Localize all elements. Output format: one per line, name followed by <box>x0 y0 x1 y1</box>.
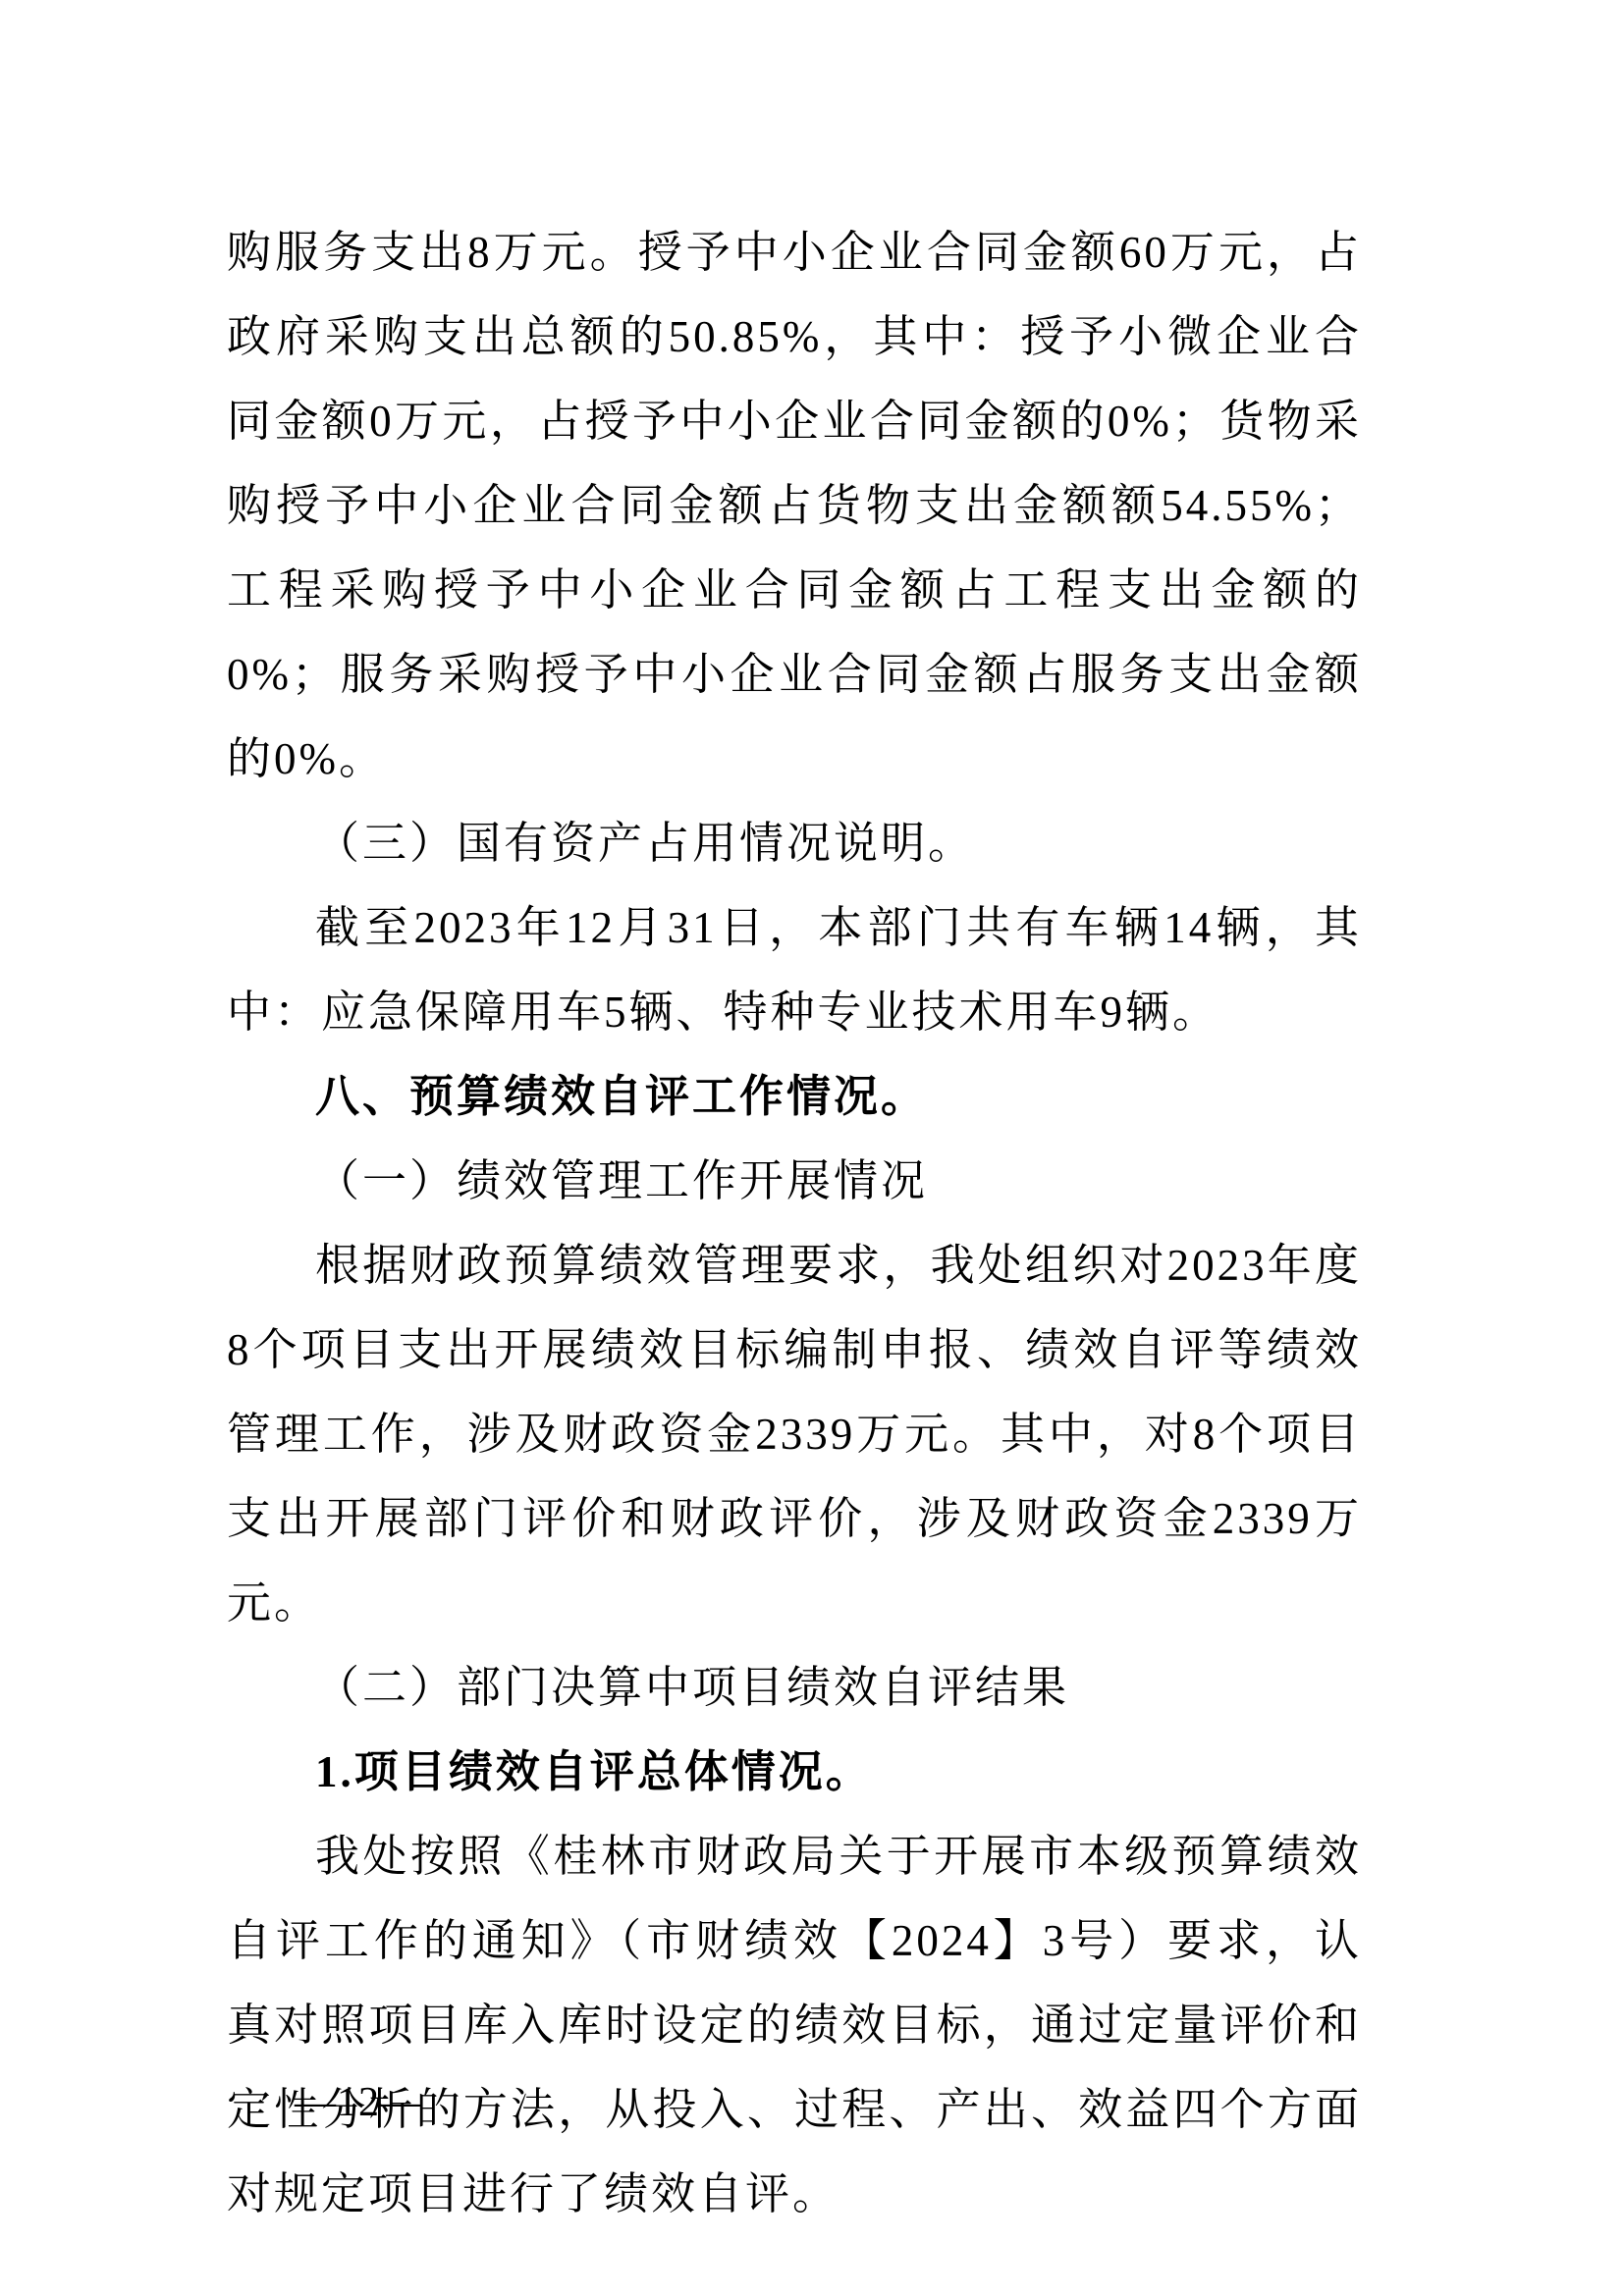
paragraph-govt-procurement-continued: 购服务支出8万元。授予中小企业合同金额60万元，占政府采购支出总额的50.85%… <box>227 210 1362 801</box>
heading-section-viii-budget-performance: 八、预算绩效自评工作情况。 <box>227 1054 1362 1139</box>
heading-project-self-eval-overall: 1.项目绩效自评总体情况。 <box>227 1730 1362 1814</box>
document-body: 购服务支出8万元。授予中小企业合同金额60万元，占政府采购支出总额的50.85%… <box>227 210 1362 2236</box>
heading-state-assets-usage: （三）国有资产占用情况说明。 <box>227 801 1362 885</box>
document-page: 购服务支出8万元。授予中小企业合同金额60万元，占政府采购支出总额的50.85%… <box>0 0 1624 2296</box>
paragraph-state-assets-vehicles: 截至2023年12月31日，本部门共有车辆14辆，其中：应急保障用车5辆、特种专… <box>227 885 1362 1054</box>
heading-performance-management-work: （一）绩效管理工作开展情况 <box>227 1139 1362 1223</box>
paragraph-performance-management-overview: 根据财政预算绩效管理要求，我处组织对2023年度8个项目支出开展绩效目标编制申报… <box>227 1223 1362 1645</box>
paragraph-self-eval-method: 我处按照《桂林市财政局关于开展市本级预算绩效自评工作的通知》（市财绩效【2024… <box>227 1814 1362 2236</box>
heading-dept-final-accounts-self-eval-results: （二）部门决算中项目绩效自评结果 <box>227 1645 1362 1730</box>
page-number: —12— <box>295 2079 422 2126</box>
